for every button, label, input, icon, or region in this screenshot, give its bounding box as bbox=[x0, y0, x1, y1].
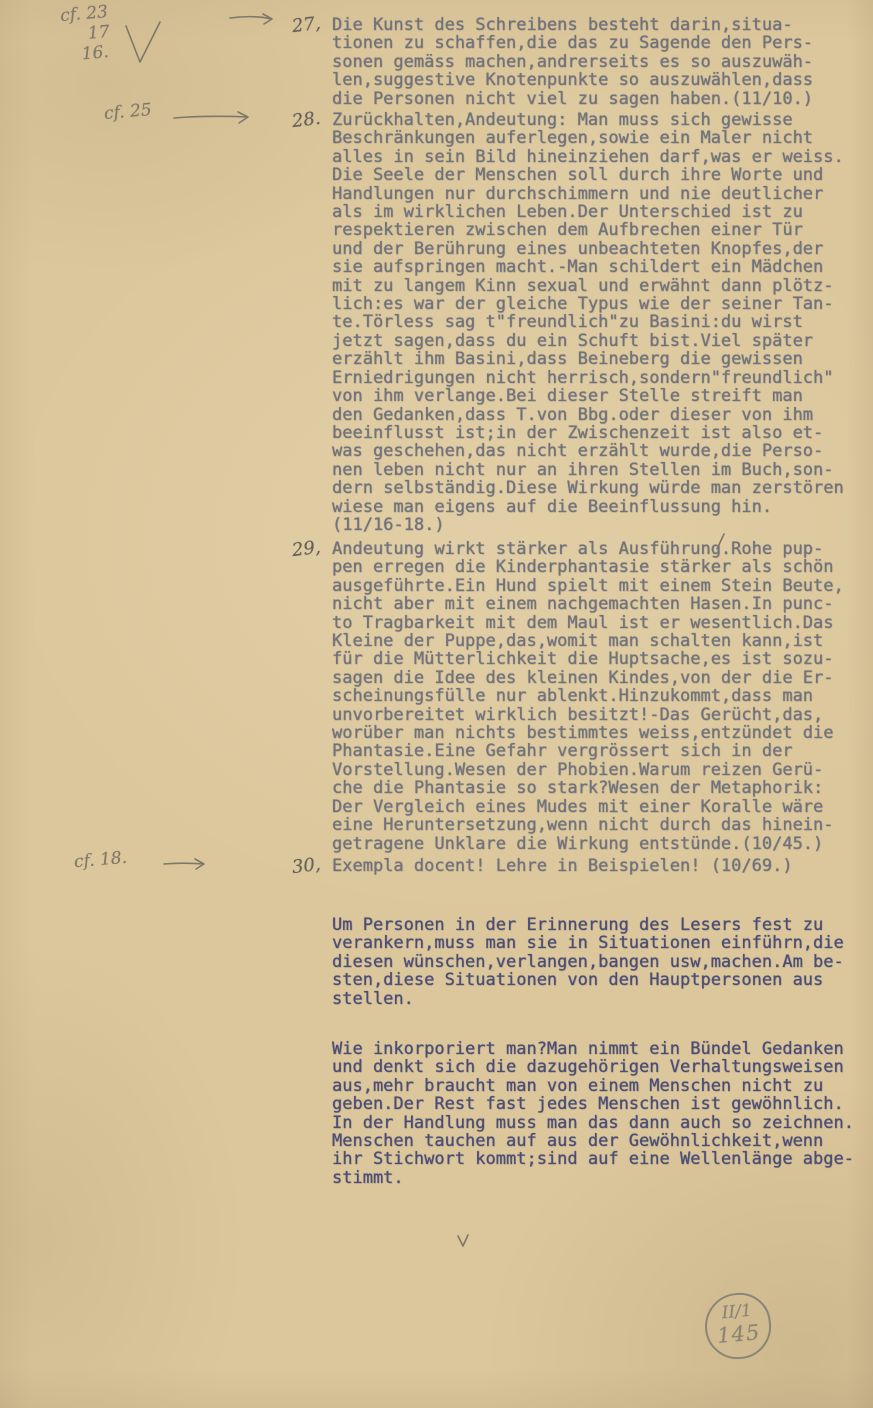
archive-stamp: II/1 145 bbox=[702, 1290, 774, 1362]
paragraph-28-text: Zurückhalten,Andeutung: Man muss sich ge… bbox=[332, 111, 862, 534]
pencil-stray-slash-icon bbox=[714, 532, 728, 552]
paragraph-29: 29, Andeutung wirkt stärker als Ausführu… bbox=[332, 540, 862, 853]
paragraph-29-text: Andeutung wirkt stärker als Ausführung.R… bbox=[332, 540, 862, 853]
margin-note-line: 16. bbox=[81, 42, 112, 65]
margin-note-line: cf. 25 bbox=[103, 100, 152, 124]
paragraph-27-text: Die Kunst des Schreibens besteht darin,s… bbox=[332, 16, 862, 108]
paragraph-28: 28. Zurückhalten,Andeutung: Man muss sic… bbox=[332, 111, 862, 534]
paragraph-wie-inkorporiert-text: Wie inkorporiert man?Man nimmt ein Bünde… bbox=[332, 1040, 862, 1187]
archive-stamp-page-number: 145 bbox=[707, 1319, 771, 1348]
manuscript-page: cf. 23 17 16. cf. 25 cf. 18. 27, Die Kun… bbox=[0, 0, 873, 1408]
margin-note-cf-25: cf. 25 bbox=[103, 100, 152, 124]
paragraph-30-text: Exempla docent! Lehre in Beispielen! (10… bbox=[332, 857, 862, 875]
paragraph-30-number: 30, bbox=[291, 853, 329, 878]
margin-note-line: 17 bbox=[87, 22, 110, 44]
paragraph-um-personen: Um Personen in der Erinnerung des Lesers… bbox=[332, 916, 862, 1008]
paragraph-30: 30, Exempla docent! Lehre in Beispielen!… bbox=[332, 857, 862, 875]
margin-note-line: cf. 18. bbox=[73, 848, 128, 873]
arrow-to-paragraph-30-icon bbox=[162, 855, 212, 873]
pencil-checkmark-icon bbox=[122, 20, 166, 68]
paragraph-27-number: 27, bbox=[291, 12, 329, 37]
paragraph-27: 27, Die Kunst des Schreibens besteht dar… bbox=[332, 16, 862, 108]
paragraph-28-number: 28. bbox=[291, 107, 329, 132]
paragraph-wie-inkorporiert: Wie inkorporiert man?Man nimmt ein Bünde… bbox=[332, 1040, 862, 1187]
margin-note-cf-23: cf. 23 17 16. bbox=[59, 2, 112, 66]
margin-note-cf-18: cf. 18. bbox=[73, 848, 128, 873]
pencil-stray-mark-icon bbox=[455, 1232, 471, 1250]
arrow-to-paragraph-27-icon bbox=[228, 8, 278, 28]
arrow-to-paragraph-28-icon bbox=[172, 108, 256, 126]
paragraph-29-number: 29, bbox=[291, 536, 329, 561]
paragraph-um-personen-text: Um Personen in der Erinnerung des Lesers… bbox=[332, 916, 862, 1008]
